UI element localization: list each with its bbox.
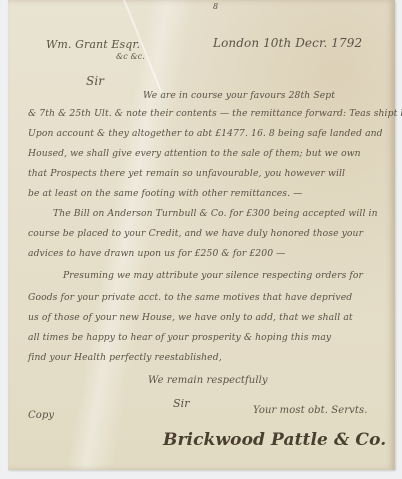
body-line: & 7th & 25th Ult. & note their contents … bbox=[28, 108, 398, 119]
body-line: The Bill on Anderson Turnbull & Co. for … bbox=[53, 208, 402, 219]
body-line: Housed, we shall give every attention to… bbox=[28, 148, 398, 159]
body-line: us of those of your new House, we have o… bbox=[28, 312, 398, 323]
body-line: Upon account & they altogether to abt £1… bbox=[28, 128, 398, 139]
body-line: find your Health perfectly reestablished… bbox=[28, 352, 398, 363]
body-line: We are in course your favours 28th Sept bbox=[143, 90, 402, 101]
closing-sir: Sir bbox=[173, 397, 190, 410]
body-line: course be placed to your Credit, and we … bbox=[28, 228, 398, 239]
dateline: London 10th Decr. 1792 bbox=[213, 36, 362, 50]
closing-servants: Your most obt. Servts. bbox=[253, 405, 368, 416]
salutation: Sir bbox=[86, 74, 104, 88]
addressee: Wm. Grant Esqr. bbox=[46, 38, 140, 51]
letter-page: 8 Wm. Grant Esqr. &c &c. London 10th Dec… bbox=[8, 0, 395, 470]
body-line: Goods for your private acct. to the same… bbox=[28, 292, 398, 303]
body-line: be at least on the same footing with oth… bbox=[28, 188, 398, 199]
body-line: advices to have drawn upon us for £250 &… bbox=[28, 248, 398, 259]
margin-note-copy: Copy bbox=[28, 410, 54, 421]
body-line: that Prospects there yet remain so unfav… bbox=[28, 168, 398, 179]
page-mark: 8 bbox=[213, 2, 218, 11]
body-line: all times be happy to hear of your prosp… bbox=[28, 332, 398, 343]
signature: Brickwood Pattle & Co. bbox=[163, 430, 386, 450]
addressee-line-2: &c &c. bbox=[116, 52, 145, 61]
closing: We remain respectfully bbox=[148, 375, 268, 386]
body-line: Presuming we may attribute your silence … bbox=[63, 270, 402, 281]
